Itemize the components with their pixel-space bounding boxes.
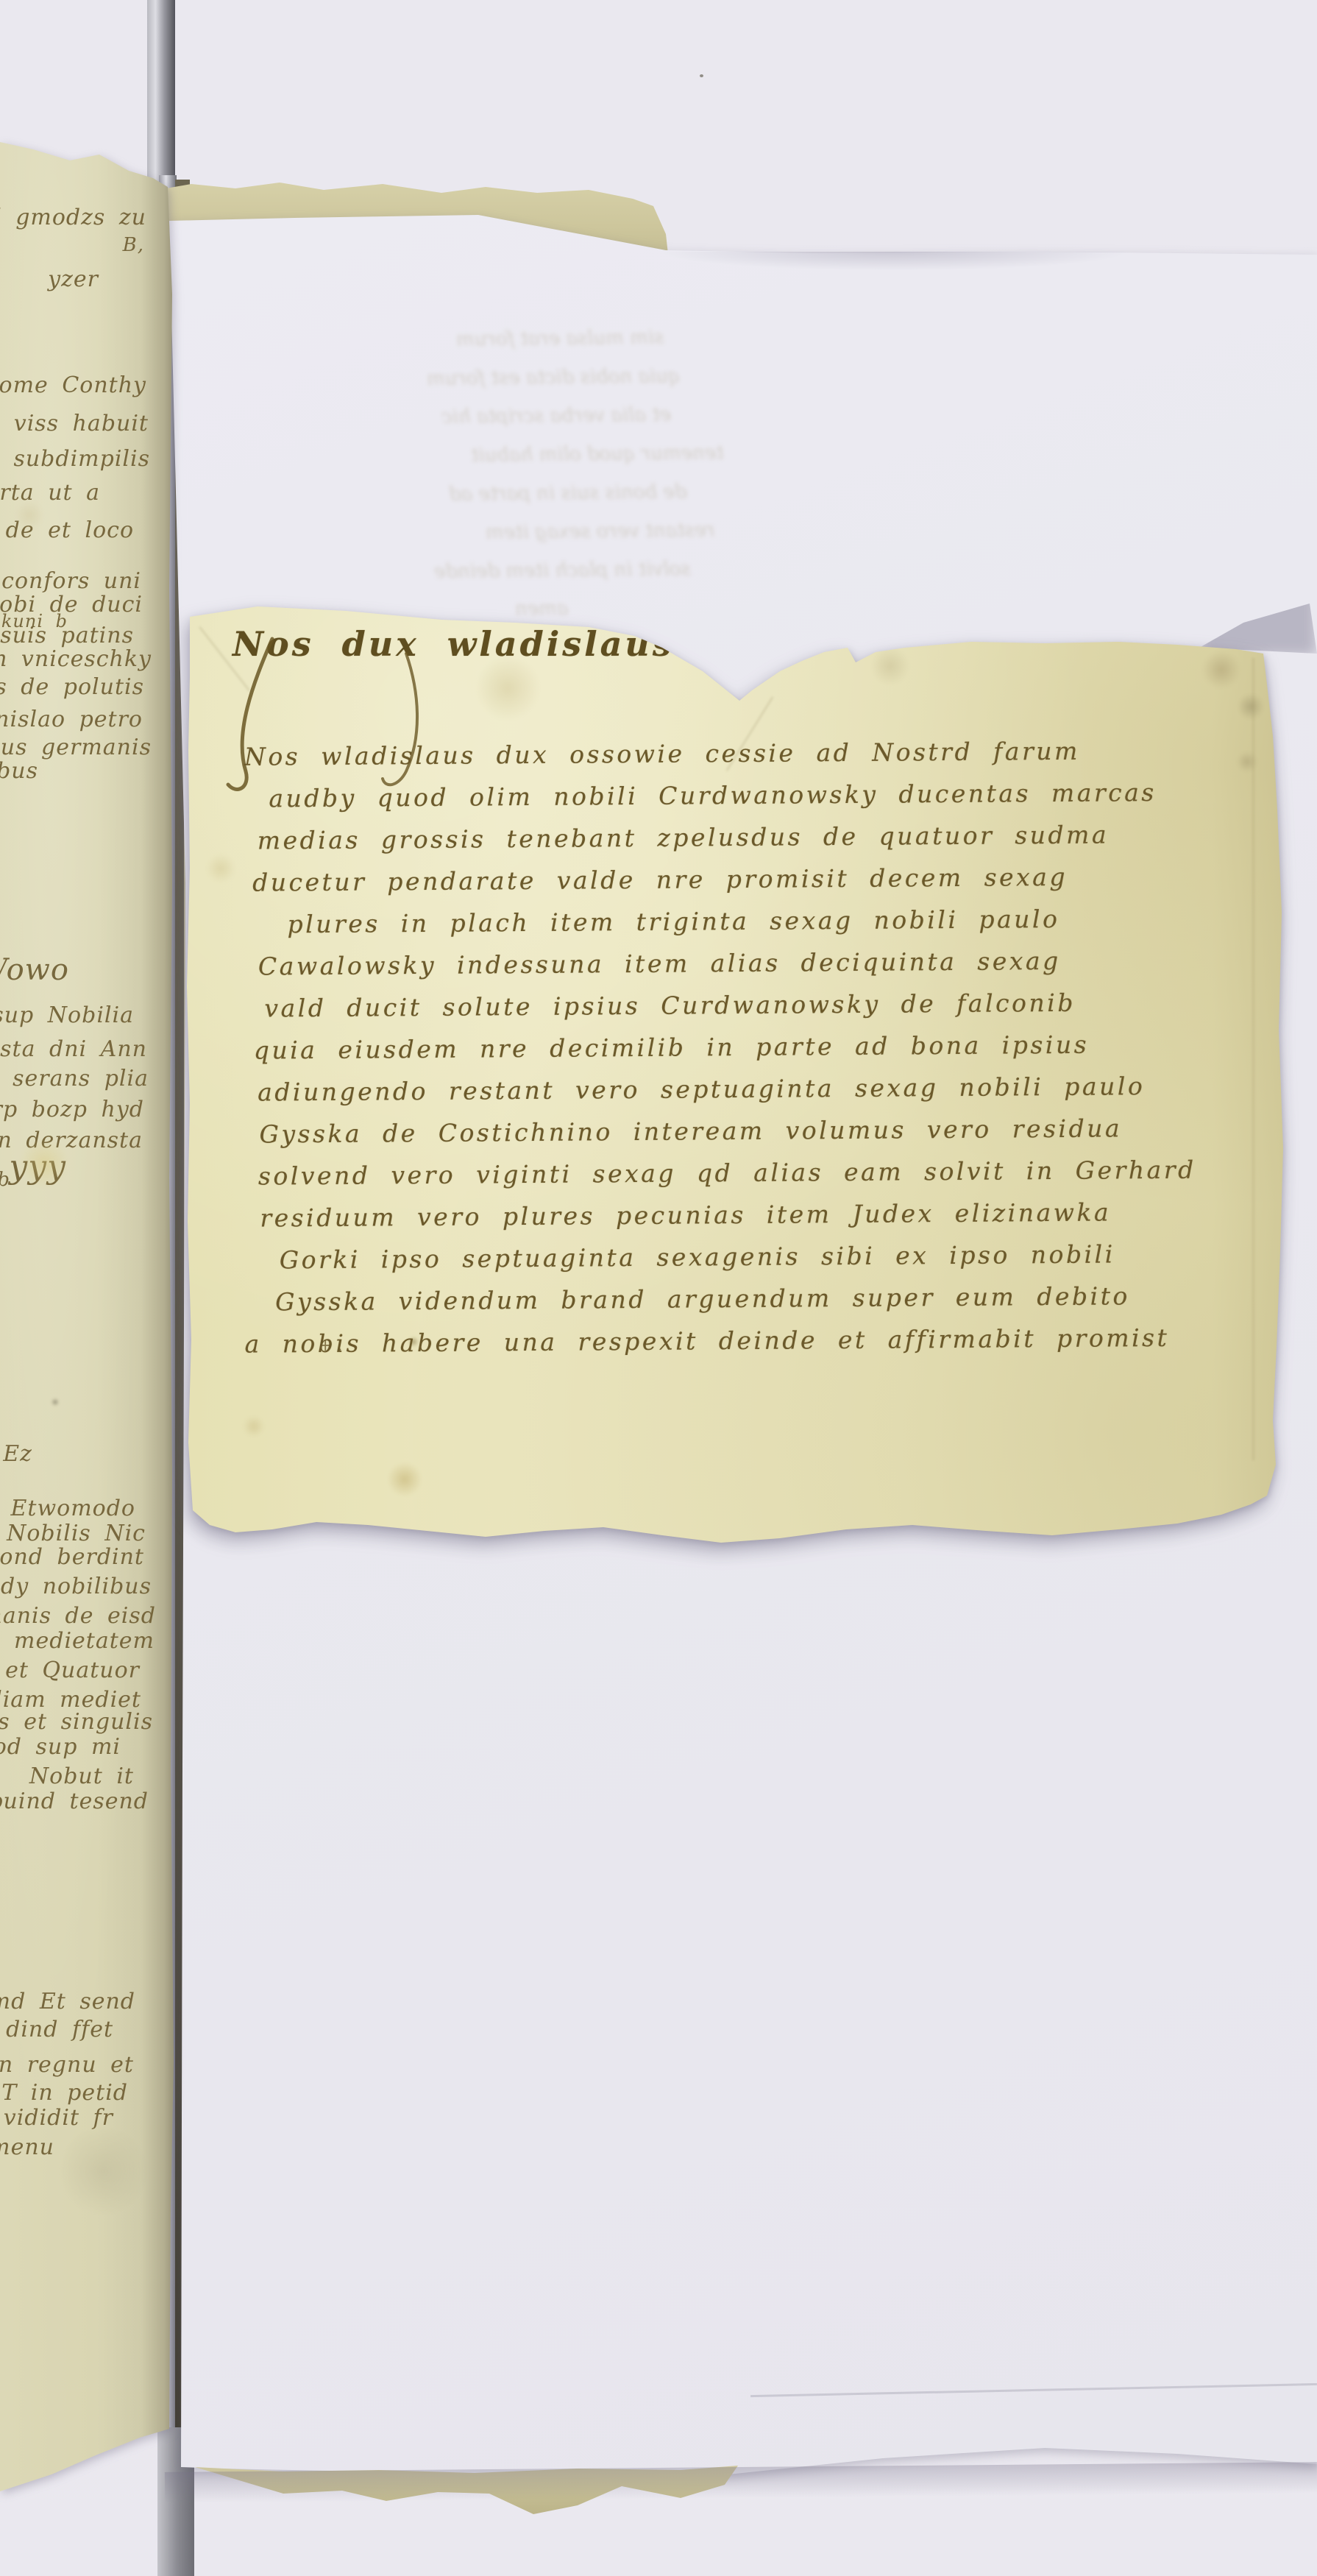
left-page-text-line: do et Quatuor <box>0 1657 140 1683</box>
stain <box>387 1462 422 1497</box>
left-page-text-line: rmenu <box>0 2134 54 2160</box>
parchment-crease <box>1252 658 1254 1460</box>
left-page-text-line: b suis patins <box>0 623 134 648</box>
sheet-edge-shadow <box>659 252 1130 271</box>
stain <box>871 647 909 685</box>
left-book-page: besttel gmodzs zuB,yzerhathome Conthyd i… <box>0 136 177 2495</box>
left-page-text-line: Bums de polutis <box>0 674 144 700</box>
left-page-text-line: mo confors uni <box>0 568 141 594</box>
left-page-text-line: wod sup mi <box>0 1734 121 1760</box>
dust-speck <box>700 74 703 77</box>
manuscript-text-line: vald ducit solute ipsius Curdwanowsky de… <box>264 988 1076 1023</box>
left-page-text-line: brady nobilibus <box>0 1574 152 1599</box>
left-page-text-line: genista dni Ann <box>0 1036 147 1062</box>
left-page-text-line: Wowo <box>0 953 69 987</box>
stain <box>1202 651 1240 689</box>
manuscript-text-line: Gorki ipso septuaginta sexagenis sibi ex… <box>280 1239 1115 1274</box>
left-page-text-line: expo serans plia <box>0 1066 149 1091</box>
left-page-text-line: Nobilis Nic <box>7 1521 146 1546</box>
metal-rod-top <box>147 0 175 196</box>
stain <box>1238 693 1264 720</box>
manuscript-text-line: quia eiusdem nre decimilib in parte ad b… <box>254 1030 1090 1065</box>
show-through-text: tenemur quod olim habuit <box>471 442 724 467</box>
left-page-text-line: ndbus et singulis <box>0 1709 153 1735</box>
stain <box>59 2127 147 2215</box>
show-through-text: quia nobis dicta est forum <box>427 365 681 390</box>
left-page-text-line: et in vniceschky <box>0 646 152 672</box>
left-page-text-line: B, <box>123 234 144 256</box>
manuscript-text-block: Nos wladislaus dux ossowie cessie ad Nos… <box>182 592 1292 1553</box>
left-page-text-line: besttel gmodzs zu <box>0 205 146 230</box>
show-through-text: restant vero sexag item <box>486 519 715 543</box>
left-page-text-line: germanis de eisd <box>0 1603 156 1629</box>
archival-photo-stage: sim mulsa erat forumquia nobis dicta est… <box>0 0 1317 2576</box>
left-page-text-line: hyens subdimpilis <box>0 446 150 472</box>
left-page-text-line: ipi medietatem <box>0 1628 155 1654</box>
show-through-text: et alia verba scripta hic <box>441 403 671 428</box>
left-page-text-line: d in viss habuit <box>0 411 149 436</box>
left-page-text-line: sup Nobilia <box>0 1002 134 1028</box>
stain <box>243 1415 265 1437</box>
manuscript-text-line: Nos wladislaus dux ossowie cessie ad Nos… <box>244 737 1080 771</box>
show-through-text: sim mulsa erat forum <box>456 327 664 351</box>
stain <box>19 1138 69 1188</box>
show-through-text: solvit in plach item deinde <box>434 558 691 583</box>
left-page-text-line: Ez <box>3 1441 32 1467</box>
manuscript-text-line: audby quod olim nobili Curdwanowsky duce… <box>269 778 1157 813</box>
manuscript-document: Nos dux wladislaus Nos wladislaus dux os… <box>185 596 1289 1549</box>
left-page-text-line: bus <box>0 758 38 784</box>
left-page-text-line: fribus germanis <box>0 735 152 760</box>
left-page-text-line: hathome Conthy <box>0 372 146 398</box>
stain <box>206 854 235 883</box>
manuscript-footnote-mark: + . <box>319 1337 342 1355</box>
manuscript-text-line: adiungendo restant vero septuaginta sexa… <box>258 1072 1145 1106</box>
left-page-text-line: wrond berdint <box>0 1544 144 1570</box>
left-page-text-line: puind tesend <box>0 1788 149 1814</box>
manuscript-text-line: ducetur pendarate valde nre promisit dec… <box>252 863 1068 897</box>
stain <box>408 1337 419 1347</box>
manuscript-text-line: plures in plach item triginta sexag nobi… <box>287 905 1059 938</box>
left-page-text-line: pmd Et send <box>0 1989 135 2014</box>
manuscript-text-line: medias grossis tenebant zpelusdus de qua… <box>258 820 1110 854</box>
manuscript-text-line: Cawalowsky indessuna item alias deciquin… <box>258 946 1061 981</box>
left-page-text-line: yzer <box>48 266 99 292</box>
manuscript-text-line: Gysska de Costichnino inteream volumus v… <box>259 1114 1122 1148</box>
left-page-text-line: can dind ffet <box>0 2017 113 2042</box>
left-page-text-line: pworp bozp hyd <box>0 1097 144 1122</box>
manuscript-text-line: Gysska videndum brand arguendum super eu… <box>275 1281 1130 1316</box>
stain <box>475 655 541 721</box>
left-page-text-line: in regnu et <box>0 2052 134 2078</box>
stain <box>15 500 44 530</box>
show-through-text: de bonis suis in parte ad <box>449 481 687 505</box>
left-page-text-line: b <box>0 1169 10 1191</box>
left-page-text-line: Etwomodo <box>11 1496 135 1521</box>
manuscript-text-line: residuum vero plures pecunias item Judex… <box>260 1197 1111 1232</box>
manuscript-text-line: a nobis habere una respexit deinde et af… <box>244 1323 1169 1359</box>
left-page-text-line: OT in petid <box>0 2080 128 2106</box>
stain <box>52 1398 59 1406</box>
manuscript-text-line: solvend vero viginti sexag qd alias eam … <box>258 1156 1196 1191</box>
left-page-text-line: orta ut a <box>0 480 100 506</box>
left-page-text-line: Stanislao petro <box>0 707 143 732</box>
show-through-text: amen <box>515 598 569 620</box>
left-page-text-line: Nobut it <box>29 1763 134 1789</box>
